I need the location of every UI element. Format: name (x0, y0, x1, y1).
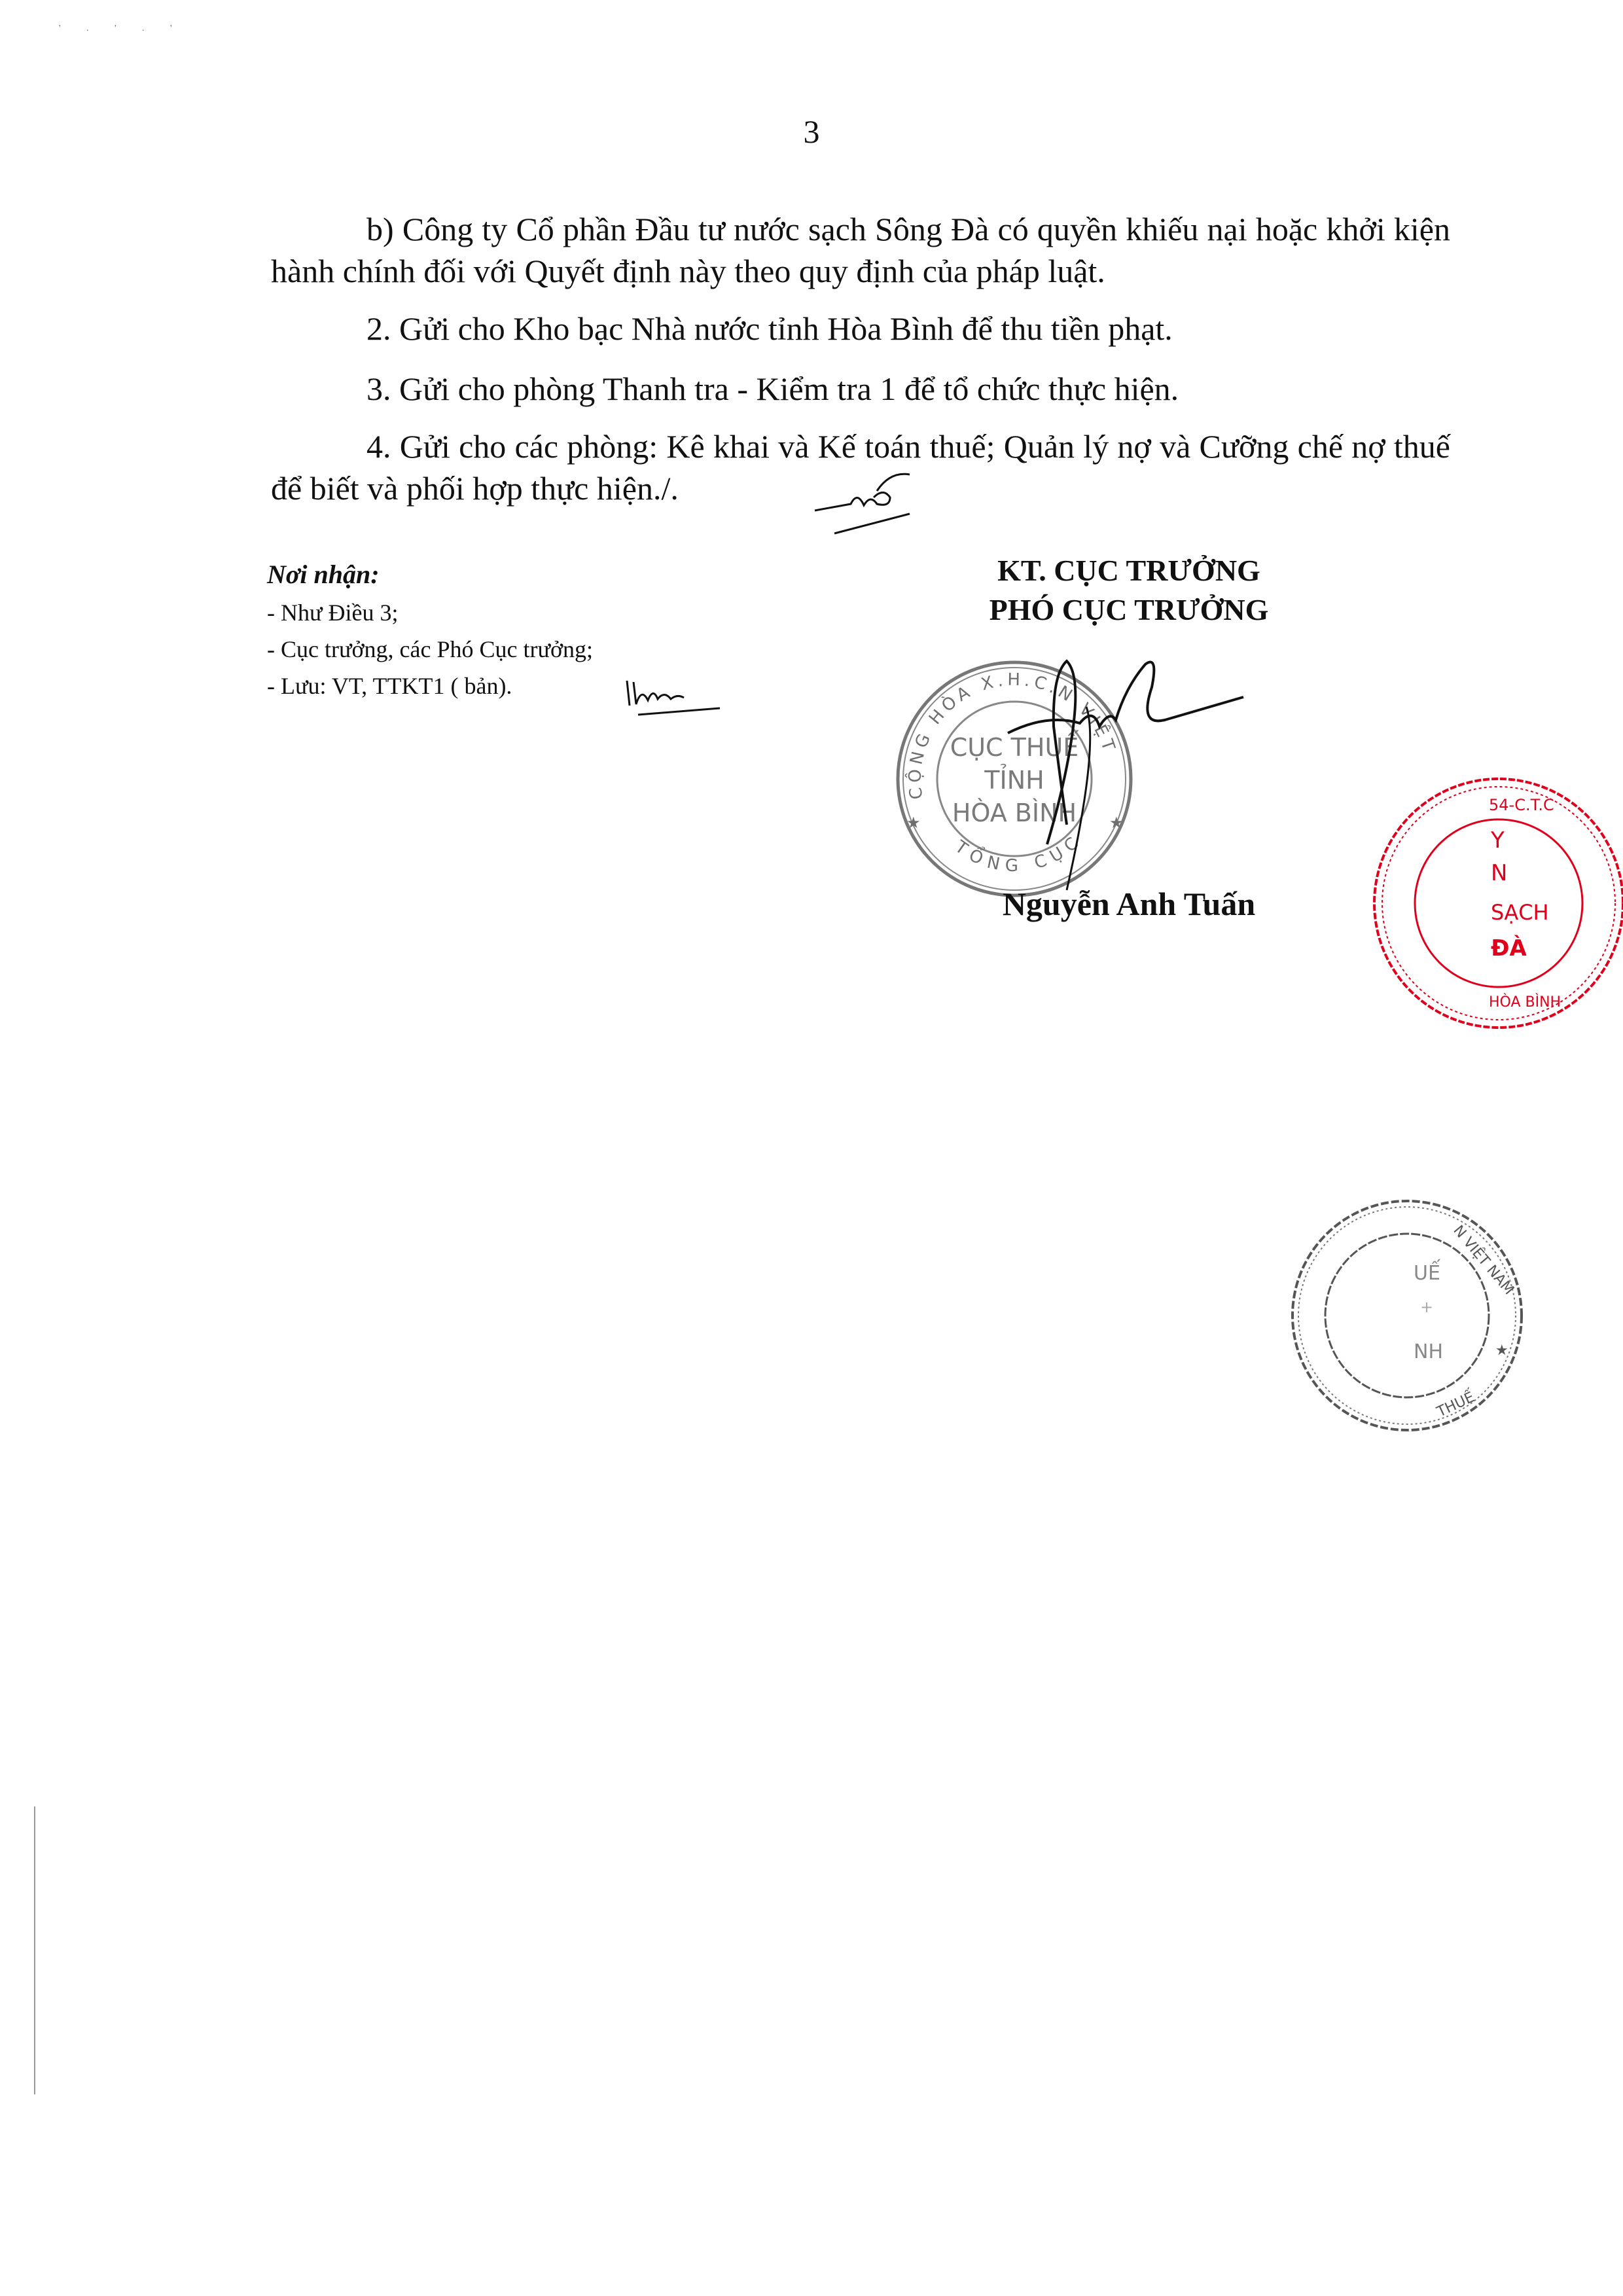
svg-text:+: + (1420, 1298, 1433, 1316)
paragraph-3: 3. Gửi cho phòng Thanh tra - Kiểm tra 1 … (271, 368, 1450, 410)
signature-line-2: PHÓ CỤC TRƯỞNG (916, 590, 1342, 630)
gray-partial-stamp-icon: N VIỆT NAM UẾ + NH ★ THUẾ (1394, 1191, 1538, 1453)
svg-text:SẠCH: SẠCH (1491, 900, 1549, 925)
recipient-item: - Lưu: VT, TTKT1 ( bản). (267, 668, 593, 704)
svg-text:★: ★ (1495, 1342, 1508, 1358)
svg-text:HÒA BÌNH: HÒA BÌNH (1489, 994, 1561, 1011)
signer-name: Nguyễn Anh Tuấn (916, 885, 1342, 923)
page-number: 3 (0, 113, 1623, 151)
signature-icon (969, 648, 1276, 897)
initials-mark-icon (622, 674, 740, 720)
svg-text:UẾ: UẾ (1414, 1259, 1441, 1285)
paragraph-text: 2. Gửi cho Kho bạc Nhà nước tỉnh Hòa Bìn… (366, 310, 1173, 347)
svg-text:NH: NH (1414, 1340, 1443, 1363)
svg-text:ĐÀ: ĐÀ (1491, 935, 1527, 961)
signature-title-block: KT. CỤC TRƯỞNG PHÓ CỤC TRƯỞNG (916, 551, 1342, 630)
paragraph-text: b) Công ty Cổ phần Đầu tư nước sạch Sông… (271, 211, 1450, 289)
recipients-title: Nơi nhận: (267, 555, 593, 594)
paragraph-2: 2. Gửi cho Kho bạc Nhà nước tỉnh Hòa Bìn… (271, 308, 1450, 350)
signature-line-1: KT. CỤC TRƯỞNG (916, 551, 1342, 590)
svg-text:Y: Y (1490, 827, 1505, 853)
scan-edge-line (34, 1806, 35, 2094)
paragraph-b: b) Công ty Cổ phần Đầu tư nước sạch Sông… (271, 208, 1450, 292)
recipients-block: Nơi nhận: - Như Điều 3; - Cục trưởng, cá… (267, 555, 593, 704)
initial-mark-icon (811, 458, 969, 537)
scan-specks: ' . ' . ' (59, 24, 184, 34)
recipient-item: - Như Điều 3; (267, 594, 593, 631)
svg-text:★: ★ (906, 815, 921, 832)
svg-text:54-C.T.C: 54-C.T.C (1489, 796, 1554, 814)
svg-text:THUẾ: THUẾ (1433, 1387, 1478, 1421)
recipient-item: - Cục trưởng, các Phó Cục trưởng; (267, 631, 593, 668)
red-company-stamp-icon: 54-C.T.C Y N SẠCH ĐÀ HÒA BÌNH (1486, 766, 1623, 1041)
paragraph-text: 3. Gửi cho phòng Thanh tra - Kiểm tra 1 … (366, 370, 1179, 407)
svg-text:N: N (1491, 860, 1507, 886)
